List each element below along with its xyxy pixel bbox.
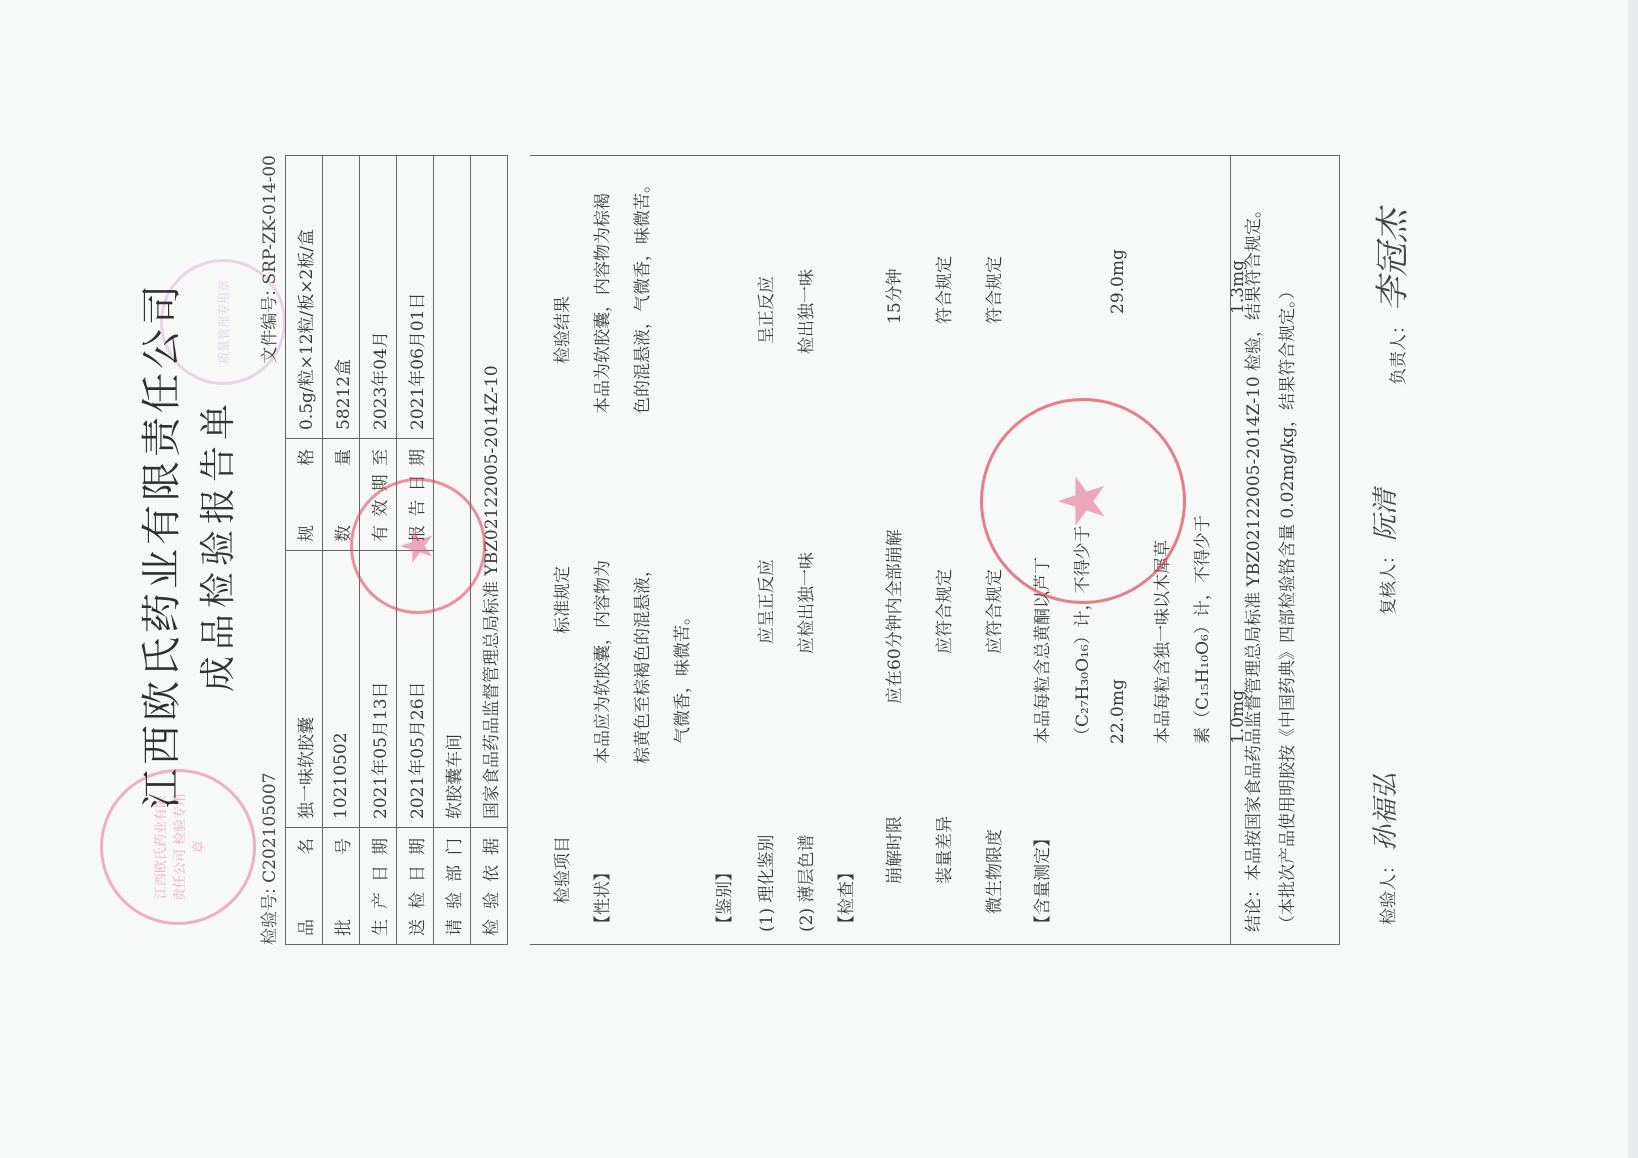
file-number: 文件编号: SRP-ZK-014-00 xyxy=(255,155,280,364)
item-name: (2) 薄层色谱 xyxy=(792,835,817,932)
report-title: 成品检验报告单 xyxy=(190,145,241,945)
item-name: 微生物限度 xyxy=(980,829,1005,914)
item-name: 崩解时限 xyxy=(880,816,905,884)
section-identification: 【鉴别】 xyxy=(710,864,735,932)
inspector-signature: 检验人：孙福弘 xyxy=(1365,773,1402,925)
column-header-result: 检验结果 xyxy=(548,296,573,364)
inspection-number: 检验号: C202105007 xyxy=(255,773,280,946)
responsible-signature: 负责人：李冠杰 xyxy=(1365,209,1414,385)
column-header-item: 检验项目 xyxy=(548,836,573,904)
star-icon: ★ xyxy=(1051,472,1115,529)
reviewer-signature: 复核人：阮清 xyxy=(1365,489,1402,615)
conclusion-line-2: （本批次产品使用明胶按《中国药典》四部检验铬含量 0.02mg/kg，结果符合规… xyxy=(1271,168,1305,932)
section-character: 【性状】 xyxy=(588,864,613,932)
results-section: 检验项目 标准规定 检验结果 【性状】 本品应为软胶囊，内容物为 棕黄色至棕褐色… xyxy=(530,155,1340,945)
quality-stamp-upper: ★ xyxy=(350,478,486,614)
company-name: 江西欧氏药业有限责任公司 xyxy=(130,145,187,945)
section-examination: 【检查】 xyxy=(832,864,857,932)
section-assay: 【含量测定】 xyxy=(1028,830,1053,932)
item-name: (1) 理化鉴别 xyxy=(752,835,777,932)
conclusion-line-1: 结论：本品按国家食品药品监督管理总局标准 YBZ02122005-2014Z-1… xyxy=(1237,168,1271,932)
star-icon: ★ xyxy=(396,526,440,565)
inspection-report-page: 江西欧氏药业有限责任公司 检验专用章 质量管理专用章 江西欧氏药业有限责任公司 … xyxy=(90,145,1460,945)
table-row: 品名 独一味软胶囊 规格 0.5g/粒×12粒/板×2板/盒 xyxy=(286,156,323,945)
assay-result-total-flavonoids: 29.0mg xyxy=(1108,249,1128,314)
scan-edge xyxy=(1628,0,1638,1158)
column-header-standard: 标准规定 xyxy=(548,566,573,634)
quality-stamp-center: ★ xyxy=(980,398,1186,604)
item-name: 装量差异 xyxy=(930,816,955,884)
conclusion-box: 结论：本品按国家食品药品监督管理总局标准 YBZ02122005-2014Z-1… xyxy=(1230,155,1340,945)
